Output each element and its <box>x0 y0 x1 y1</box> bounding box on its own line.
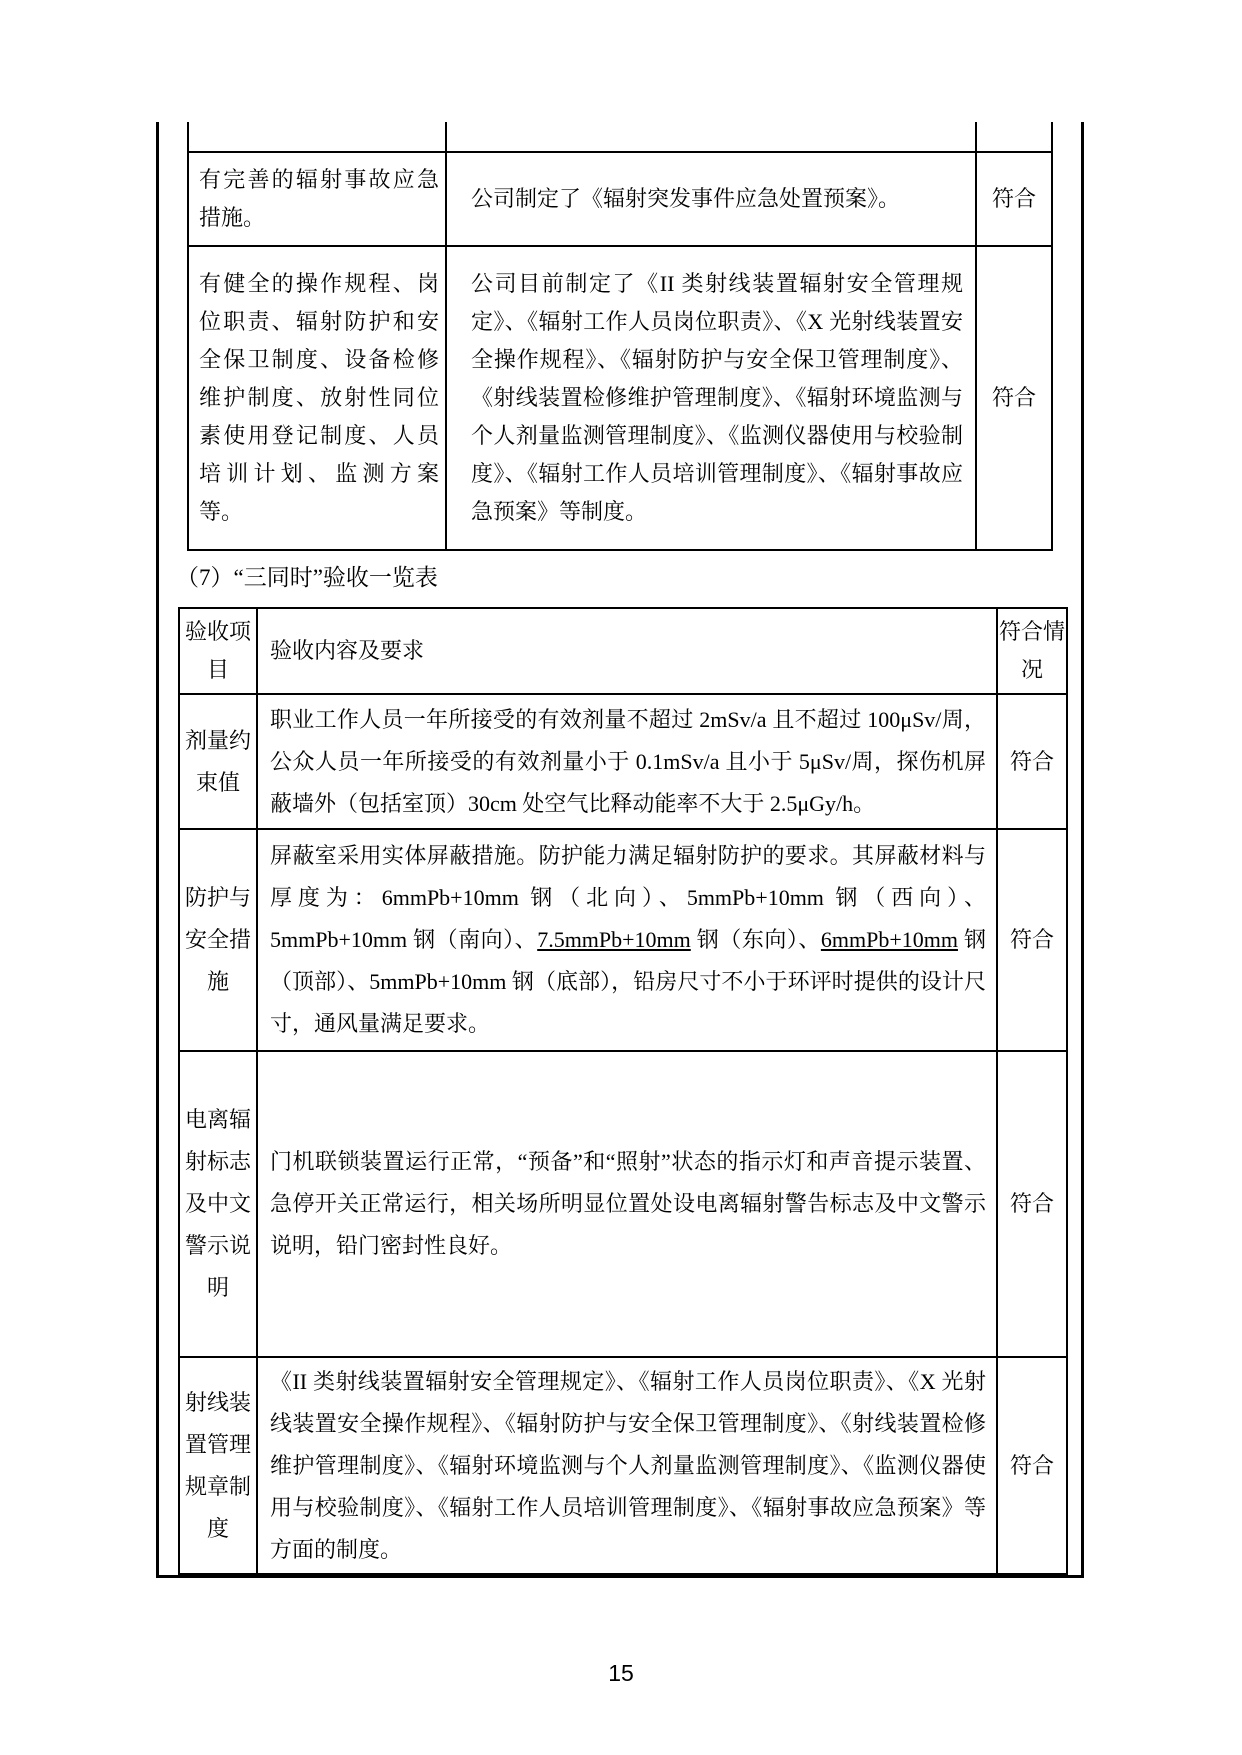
status-cell: 符合 <box>976 246 1052 550</box>
underlined-text-segment: 6mmPb+10mm <box>821 927 958 952</box>
status-cell: 符合 <box>997 694 1067 829</box>
table-header-row: 验收项目 验收内容及要求 符合情况 <box>179 608 1067 694</box>
header-item-cell: 验收项目 <box>179 608 257 694</box>
compliance-table: 有完善的辐射事故应急措施。 公司制定了《辐射突发事件应急处置预案》。 符合 有健… <box>187 122 1053 551</box>
finding-cell-empty <box>446 122 976 152</box>
table-row: 防护与安全措施 屏蔽室采用实体屏蔽措施。防护能力满足辐射防护的要求。其屏蔽材料与… <box>179 829 1067 1051</box>
page-number: 15 <box>0 1660 1242 1687</box>
status-cell: 符合 <box>997 1357 1067 1574</box>
content-cell: 职业工作人员一年所接受的有效剂量不超过 2mSv/a 且不超过 100μSv/周… <box>257 694 997 829</box>
status-cell: 符合 <box>997 1051 1067 1357</box>
header-content-cell: 验收内容及要求 <box>257 608 997 694</box>
table-row: 电离辐射标志及中文警示说明 门机联锁装置运行正常，“预备”和“照射”状态的指示灯… <box>179 1051 1067 1357</box>
criteria-cell: 有健全的操作规程、岗位职责、辐射防护和安全保卫制度、设备检修维护制度、放射性同位… <box>188 246 446 550</box>
section-caption: （7）“三同时”验收一览表 <box>176 558 438 598</box>
item-cell: 剂量约束值 <box>179 694 257 829</box>
status-cell-empty <box>976 122 1052 152</box>
criteria-cell-empty <box>188 122 446 152</box>
acceptance-table: 验收项目 验收内容及要求 符合情况 剂量约束值 职业工作人员一年所接受的有效剂量… <box>178 607 1068 1575</box>
item-cell: 电离辐射标志及中文警示说明 <box>179 1051 257 1357</box>
status-cell: 符合 <box>976 152 1052 246</box>
header-status-cell: 符合情况 <box>997 608 1067 694</box>
finding-cell: 公司制定了《辐射突发事件应急处置预案》。 <box>446 152 976 246</box>
criteria-cell: 有完善的辐射事故应急措施。 <box>188 152 446 246</box>
table-row: 剂量约束值 职业工作人员一年所接受的有效剂量不超过 2mSv/a 且不超过 10… <box>179 694 1067 829</box>
item-cell: 防护与安全措施 <box>179 829 257 1051</box>
content-cell: 《II 类射线装置辐射安全管理规定》、《辐射工作人员岗位职责》、《X 光射线装置… <box>257 1357 997 1574</box>
item-cell: 射线装置管理规章制度 <box>179 1357 257 1574</box>
text-segment: 钢（东向）、 <box>691 927 821 952</box>
table-row: 有健全的操作规程、岗位职责、辐射防护和安全保卫制度、设备检修维护制度、放射性同位… <box>188 246 1052 550</box>
content-cell: 屏蔽室采用实体屏蔽措施。防护能力满足辐射防护的要求。其屏蔽材料与厚度为：6mmP… <box>257 829 997 1051</box>
table-row: 射线装置管理规章制度 《II 类射线装置辐射安全管理规定》、《辐射工作人员岗位职… <box>179 1357 1067 1574</box>
table-row-continuation <box>188 122 1052 152</box>
document-page: { "page": { "number": "15" }, "table1": … <box>0 0 1242 1755</box>
table-row: 有完善的辐射事故应急措施。 公司制定了《辐射突发事件应急处置预案》。 符合 <box>188 152 1052 246</box>
finding-cell: 公司目前制定了《II 类射线装置辐射安全管理规定》、《辐射工作人员岗位职责》、《… <box>446 246 976 550</box>
underlined-text-segment: 7.5mmPb+10mm <box>537 927 691 952</box>
content-cell: 门机联锁装置运行正常，“预备”和“照射”状态的指示灯和声音提示装置、急停开关正常… <box>257 1051 997 1357</box>
status-cell: 符合 <box>997 829 1067 1051</box>
